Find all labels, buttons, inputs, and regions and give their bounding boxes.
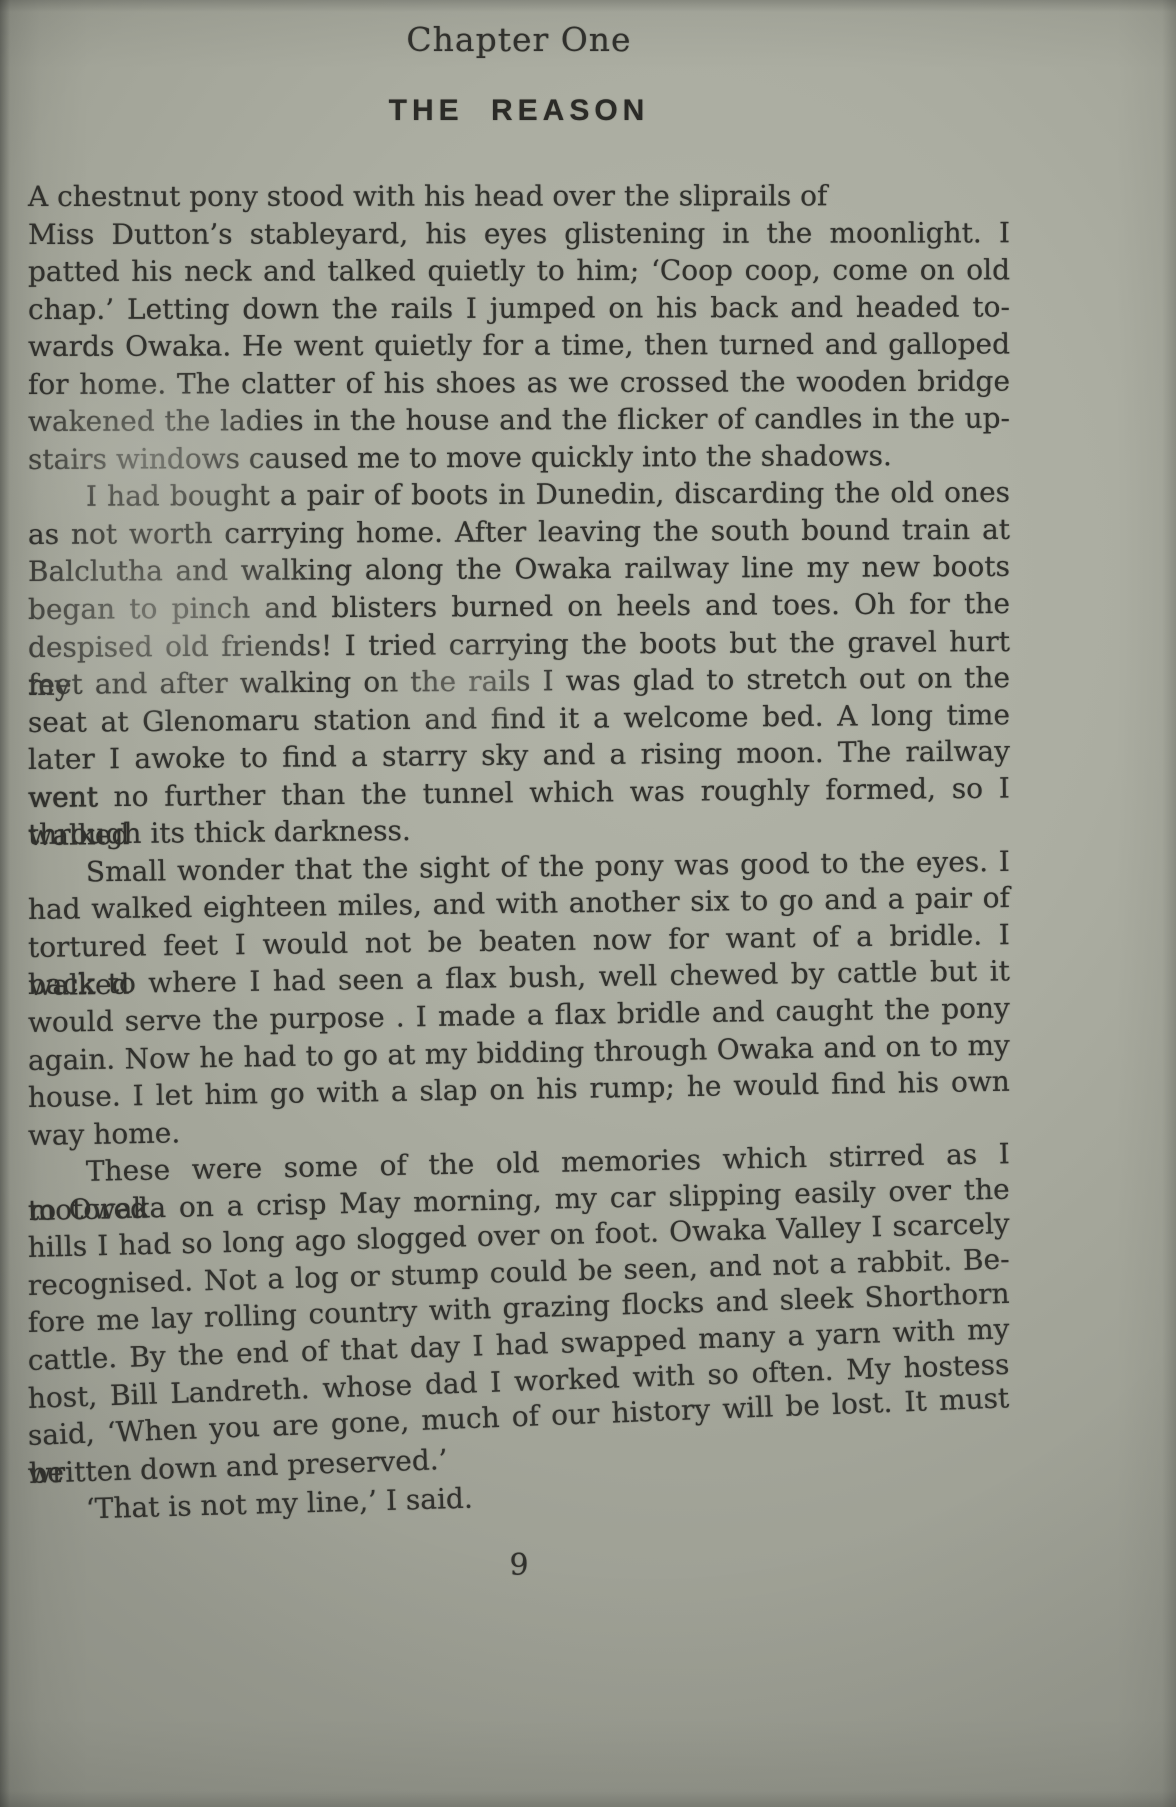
- text-line: stairs windows caused me to move quickly…: [28, 437, 1010, 479]
- text-line: A chestnut pony stood with his head over…: [28, 177, 1010, 215]
- text-line: wards Owaka. He went quietly for a time,…: [28, 326, 1010, 366]
- text-line: Balclutha and walking along the Owaka ra…: [28, 548, 1010, 591]
- chapter-heading: Chapter One: [28, 20, 1010, 59]
- text-line: chap.’ Letting down the rails I jumped o…: [28, 288, 1010, 328]
- text-line: began to pinch and blisters burned on he…: [28, 585, 1010, 629]
- book-page-photo: Chapter One THE REASON A chestnut pony s…: [0, 0, 1176, 1807]
- page-title: THE REASON: [28, 94, 1010, 128]
- text-line: wakened the ladies in the house and the …: [28, 400, 1010, 441]
- body-text: A chestnut pony stood with his head over…: [28, 178, 1010, 1530]
- page-number: 9: [28, 1548, 1010, 1583]
- text-line: I had bought a pair of boots in Dunedin,…: [28, 474, 1010, 516]
- text-line: patted his neck and talked quietly to hi…: [28, 251, 1010, 290]
- text-line: as not worth carrying home. After leavin…: [28, 511, 1010, 554]
- text-line: Miss Dutton’s stableyard, his eyes glist…: [28, 214, 1010, 253]
- text-line: for home. The clatter of his shoes as we…: [28, 362, 1010, 403]
